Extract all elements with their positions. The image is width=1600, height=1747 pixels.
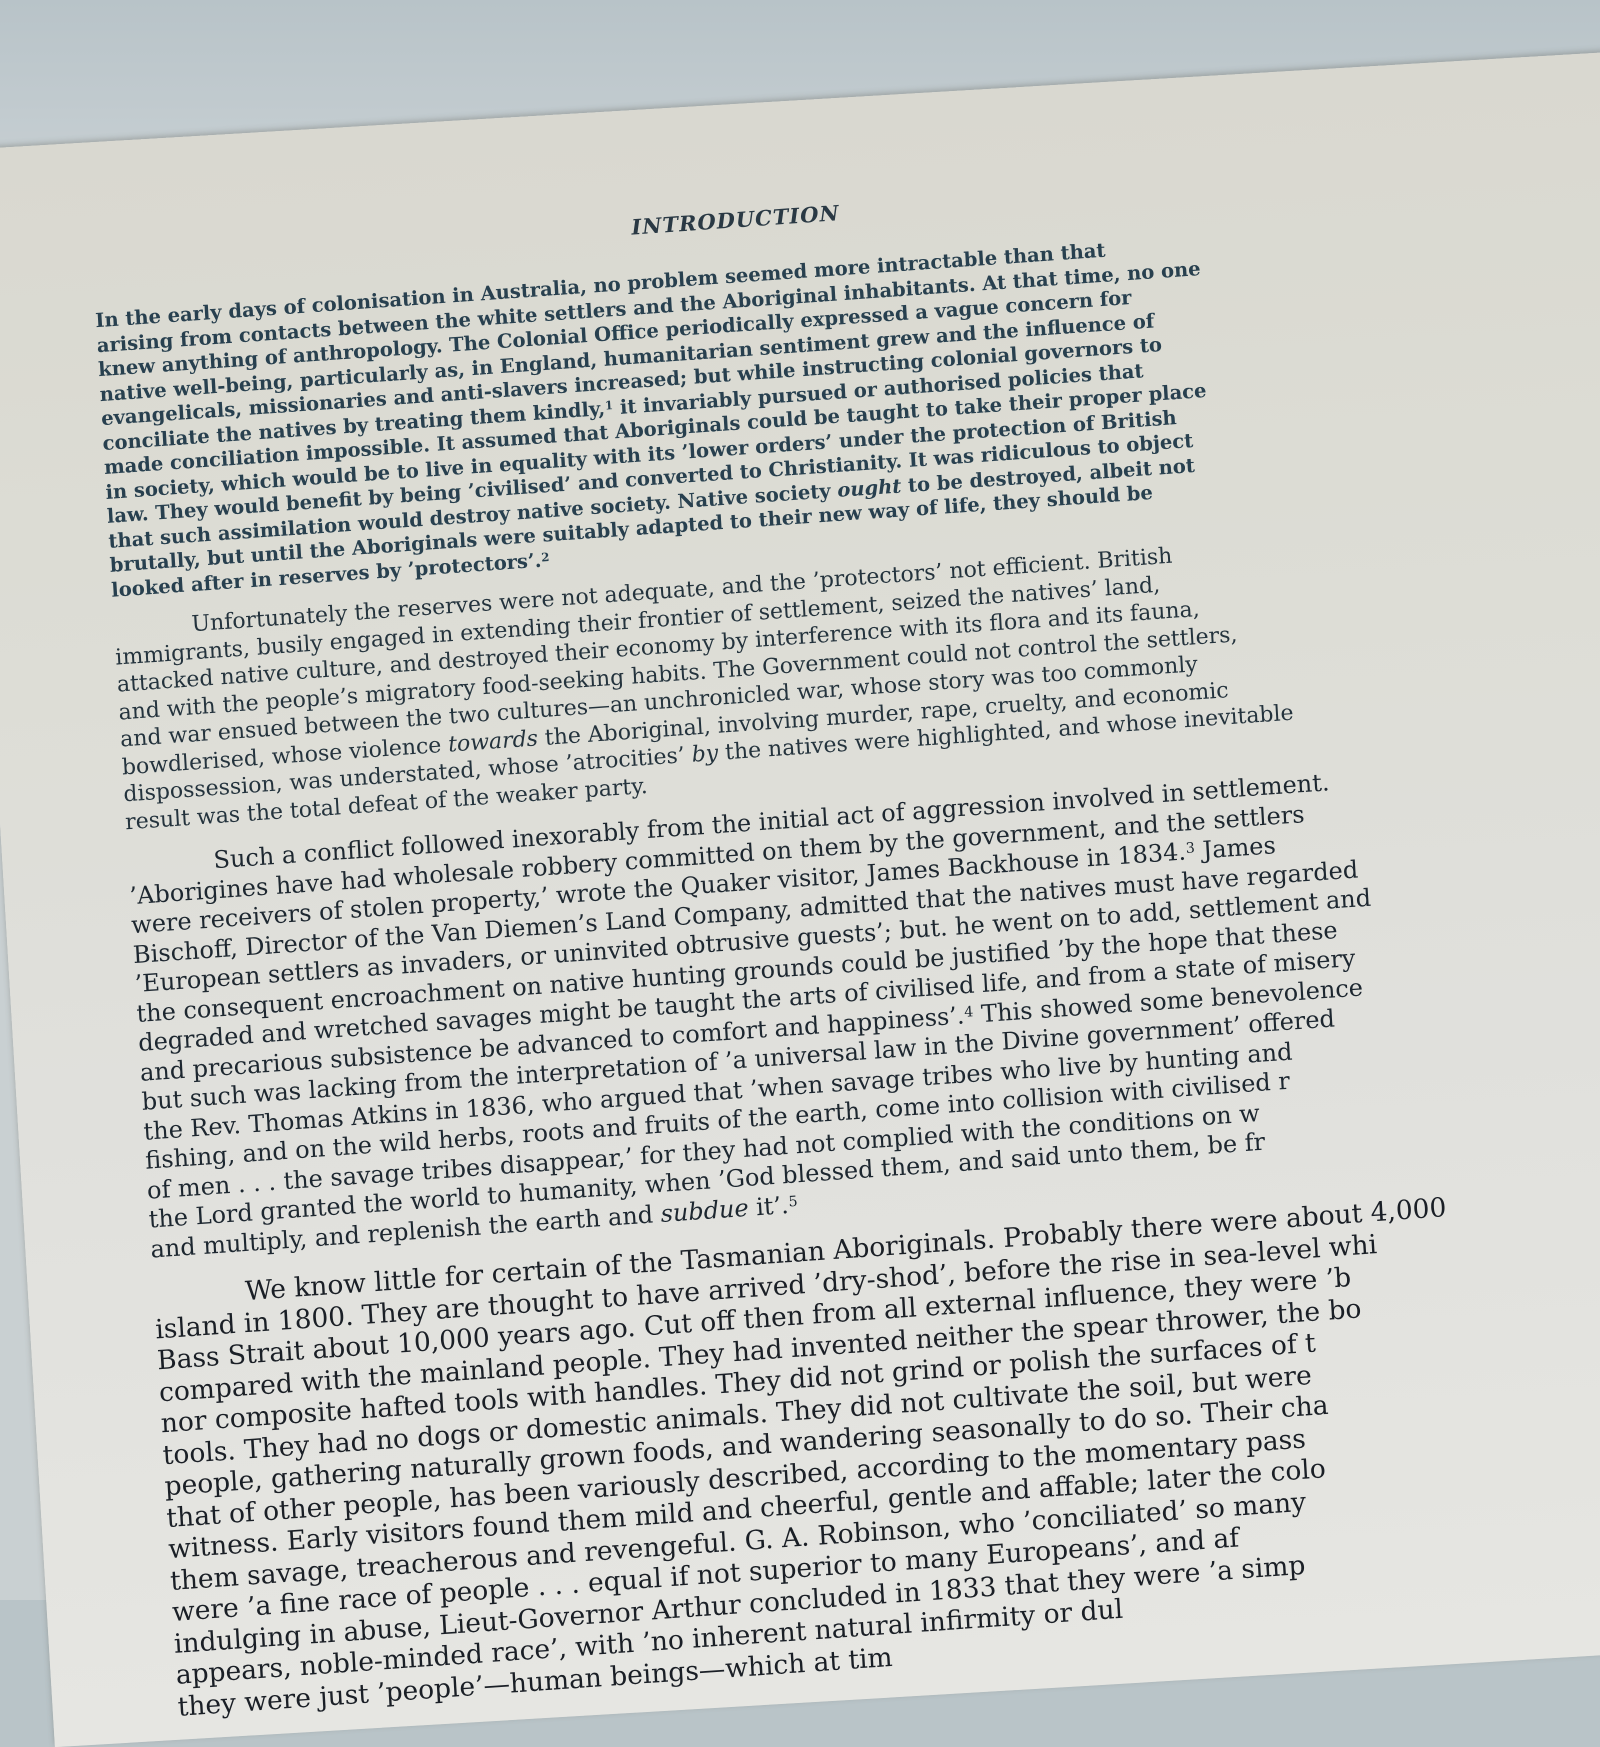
book-page: INTRODUCTION In the early days of coloni… (0, 46, 1600, 1600)
paragraph-3: Such a conflict followed inexorably from… (127, 748, 1600, 1265)
page-text-block: INTRODUCTION In the early days of coloni… (91, 148, 1600, 1600)
